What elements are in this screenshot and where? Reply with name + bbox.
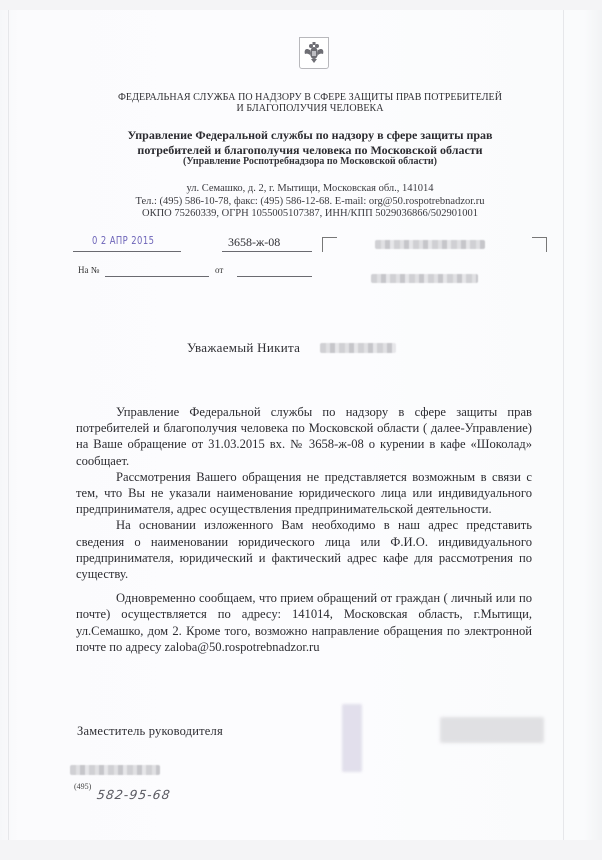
ref-number-field [105,276,209,277]
agency-caps-line2: И БЛАГОПОЛУЧИЯ ЧЕЛОВЕКА [40,103,580,114]
executor-redacted [70,765,160,775]
department-name: Управление Федеральной службы по надзору… [40,128,580,158]
scan-edge-left [8,10,9,840]
recipient-email-redacted [371,274,478,283]
registry-line: ОКПО 75260339, ОГРН 1055005107387, ИНН/К… [40,208,580,221]
date-stamp: 0 2 АПР 2015 [92,234,154,247]
body-paragraph: Рассмотрения Вашего обращения не предста… [76,469,532,518]
body-paragraph: На основании изложенного Вам необходимо … [76,517,532,582]
body-paragraph: Управление Федеральной службы по надзору… [76,404,532,469]
signature-redacted [342,704,362,772]
address-line: ул. Семашко, д. 2, г. Мытищи, Московская… [40,183,580,196]
department-line1: Управление Федеральной службы по надзору… [40,128,580,143]
phone-code: (495) [74,782,91,791]
salutation: Уважаемый Никита [187,340,300,356]
coat-of-arms-icon [299,37,329,69]
letter-body: Управление Федеральной службы по надзору… [76,404,532,655]
agency-caps-line1: ФЕДЕРАЛЬНАЯ СЛУЖБА ПО НАДЗОРУ В СФЕРЕ ЗА… [40,92,580,103]
agency-name-caps: ФЕДЕРАЛЬНАЯ СЛУЖБА ПО НАДЗОРУ В СФЕРЕ ЗА… [40,92,580,114]
ref-date-field [237,276,312,277]
address-bracket-right [532,237,547,252]
phone-number: 582-95-68 [96,787,172,802]
body-paragraph: Одновременно сообщаем, что прием обращен… [76,590,532,655]
address-bracket-left [322,237,337,252]
contact-block: ул. Семашко, д. 2, г. Мытищи, Московская… [40,183,580,221]
number-underline [222,251,312,252]
ref-date-label: от [215,265,223,275]
phones-line: Тел.: (495) 586-10-78, факс: (495) 586-1… [40,196,580,209]
ref-number-label: На № [78,265,99,275]
signer-position: Заместитель руководителя [77,724,223,739]
outgoing-number: 3658-ж-08 [228,235,280,250]
signer-name-redacted [440,717,544,743]
surname-redacted [320,343,396,353]
salutation-text: Уважаемый Никита [187,340,300,355]
recipient-name-redacted [375,240,485,249]
department-short-name: (Управление Роспотребнадзора по Московск… [40,156,580,168]
date-underline [73,251,181,252]
